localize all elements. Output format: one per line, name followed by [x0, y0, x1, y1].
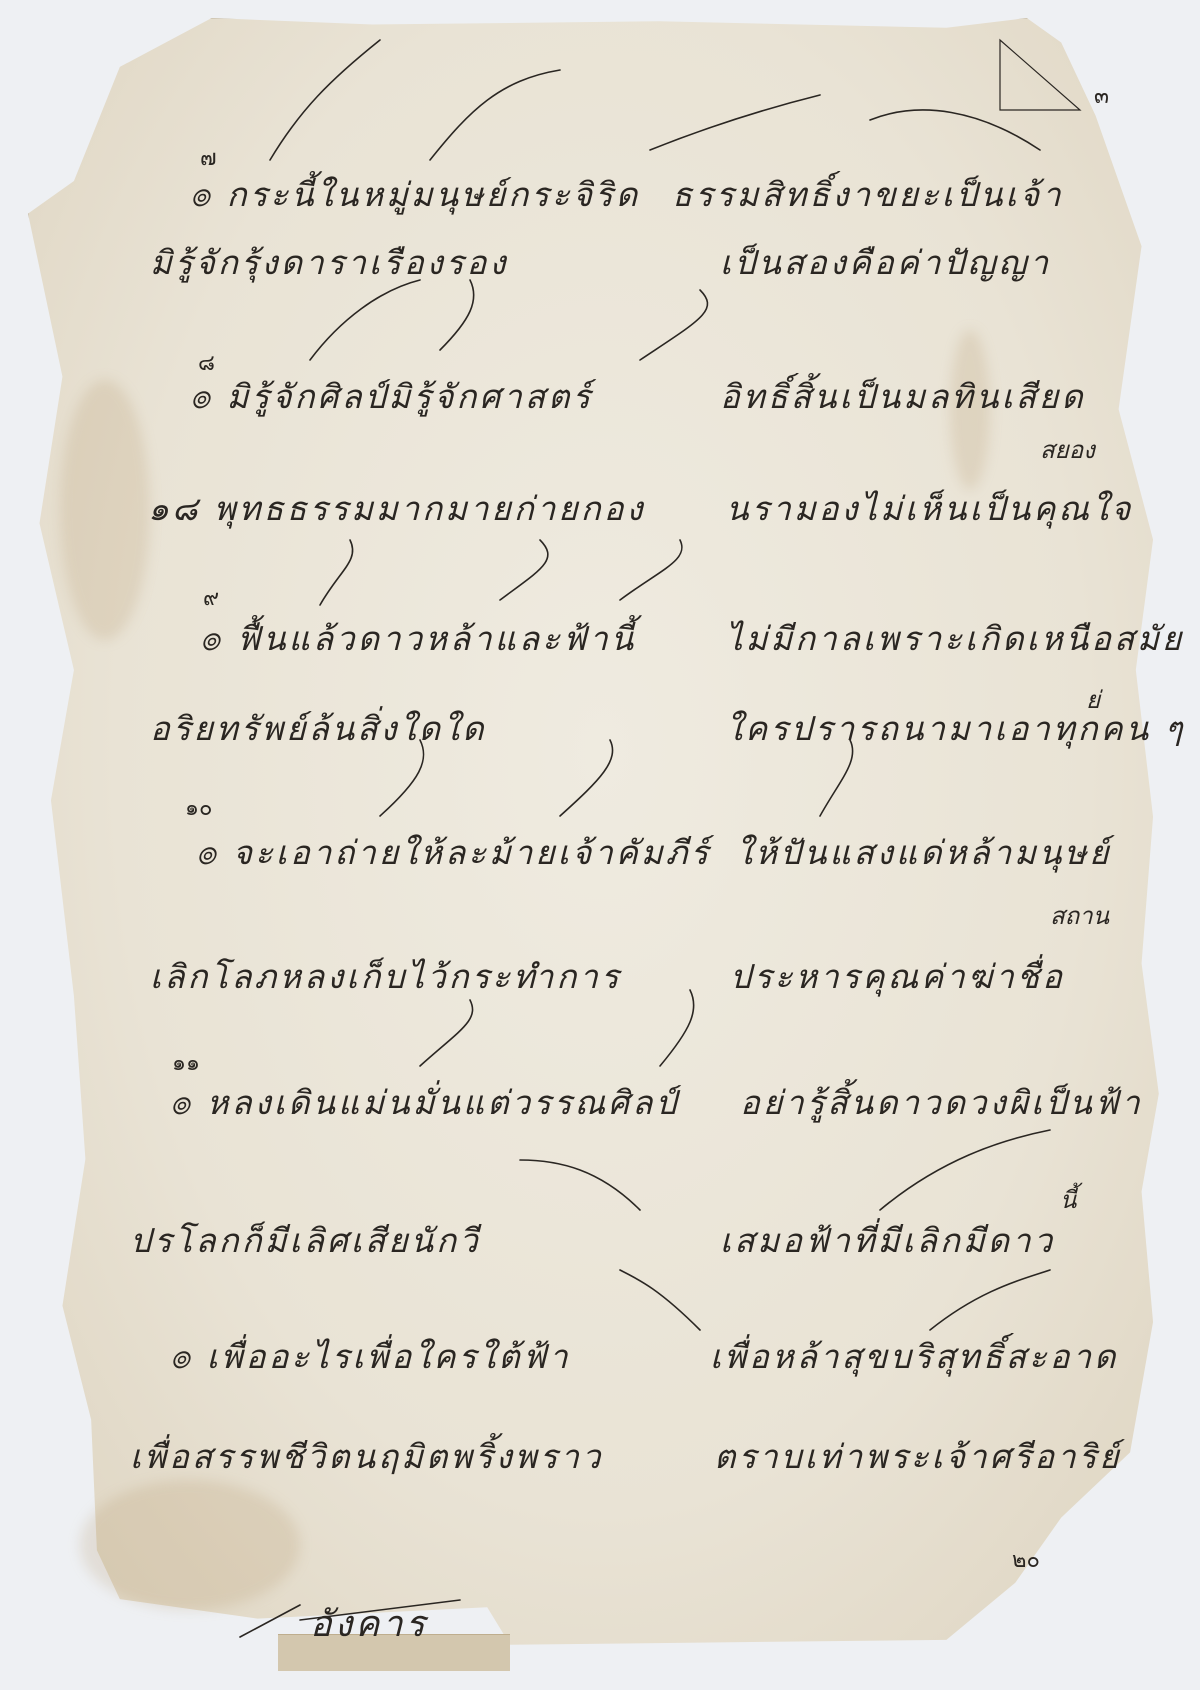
verse-line: อิทธิ์สิ้นเป็นมลทินเสียด — [720, 370, 1086, 423]
margin-note: ย่ — [1086, 680, 1100, 719]
verse-line: เลิกโลภหลงเก็บไว้กระทำการ — [150, 950, 622, 1003]
verse-line: ๏ ฟื้นแล้วดาวหล้าและฟ้านี้ — [200, 612, 636, 665]
stanza-number: ๑๐ — [185, 790, 212, 825]
verse-line: ใครปรารถนามาเอาทุกคน ๆ — [726, 702, 1185, 755]
page-marker-top: ๓ — [1094, 78, 1109, 113]
water-stain — [60, 380, 150, 640]
verse-line: ตราบเท่าพระเจ้าศรีอาริย์ — [714, 1430, 1122, 1483]
margin-note: สถาน — [1050, 896, 1109, 935]
verse-line: เพื่อหล้าสุขบริสุทธิ์สะอาด — [710, 1330, 1118, 1383]
verse-line: ๏ หลงเดินแม่นมั่นแต่วรรณศิลป์ — [170, 1076, 679, 1129]
stanza-number: ๑๑ — [172, 1045, 200, 1080]
verse-line: ๏ กระนี้ในหมู่มนุษย์กระจิริด — [190, 168, 640, 221]
verse-line: ๑๘ พุทธธรรมมากมายก่ายกอง — [148, 482, 646, 535]
verse-line: เป็นสองคือค่าปัญญา — [720, 236, 1051, 289]
signature: อังคาร — [310, 1595, 428, 1652]
verse-line: ปรโลกก็มีเลิศเสียนักวี — [130, 1214, 481, 1267]
water-stain — [80, 1480, 300, 1610]
verse-line: อริยทรัพย์ล้นสิ่งใดใด — [150, 702, 487, 755]
verse-line: ๏ จะเอาถ่ายให้ละม้ายเจ้าคัมภีร์ — [196, 826, 711, 879]
page-marker-bottom: ๒๐ — [1012, 1542, 1040, 1577]
verse-line: ๏ เพื่ออะไรเพื่อใครใต้ฟ้า — [170, 1330, 571, 1383]
verse-line: ไม่มีกาลเพราะเกิดเหนือสมัย — [726, 612, 1184, 665]
verse-line: ๏ มิรู้จักศิลป์มิรู้จักศาสตร์ — [190, 370, 593, 423]
verse-line: เสมอฟ้าที่มีเลิกมีดาว — [720, 1214, 1055, 1267]
margin-note: สยอง — [1040, 430, 1095, 469]
verse-line: ธรรมสิทธิ์งาขยะเป็นเจ้า — [672, 168, 1064, 221]
stanza-number: ๙ — [203, 580, 219, 615]
verse-line: ประหารคุณค่าฆ่าชื่อ — [730, 950, 1065, 1003]
verse-line: นรามองไม่เห็นเป็นคุณใจ — [726, 482, 1133, 535]
verse-line: อย่ารู้สิ้นดาวดวงผิเป็นฟ้า — [740, 1076, 1143, 1129]
verse-line: เพื่อสรรพชีวิตนฤมิตพริ้งพราว — [130, 1430, 603, 1483]
verse-line: มิรู้จักรุ้งดาราเรืองรอง — [150, 236, 508, 289]
margin-note: นี้ — [1060, 1180, 1076, 1219]
verse-line: ให้ปันแสงแด่หล้ามนุษย์ — [736, 826, 1112, 879]
